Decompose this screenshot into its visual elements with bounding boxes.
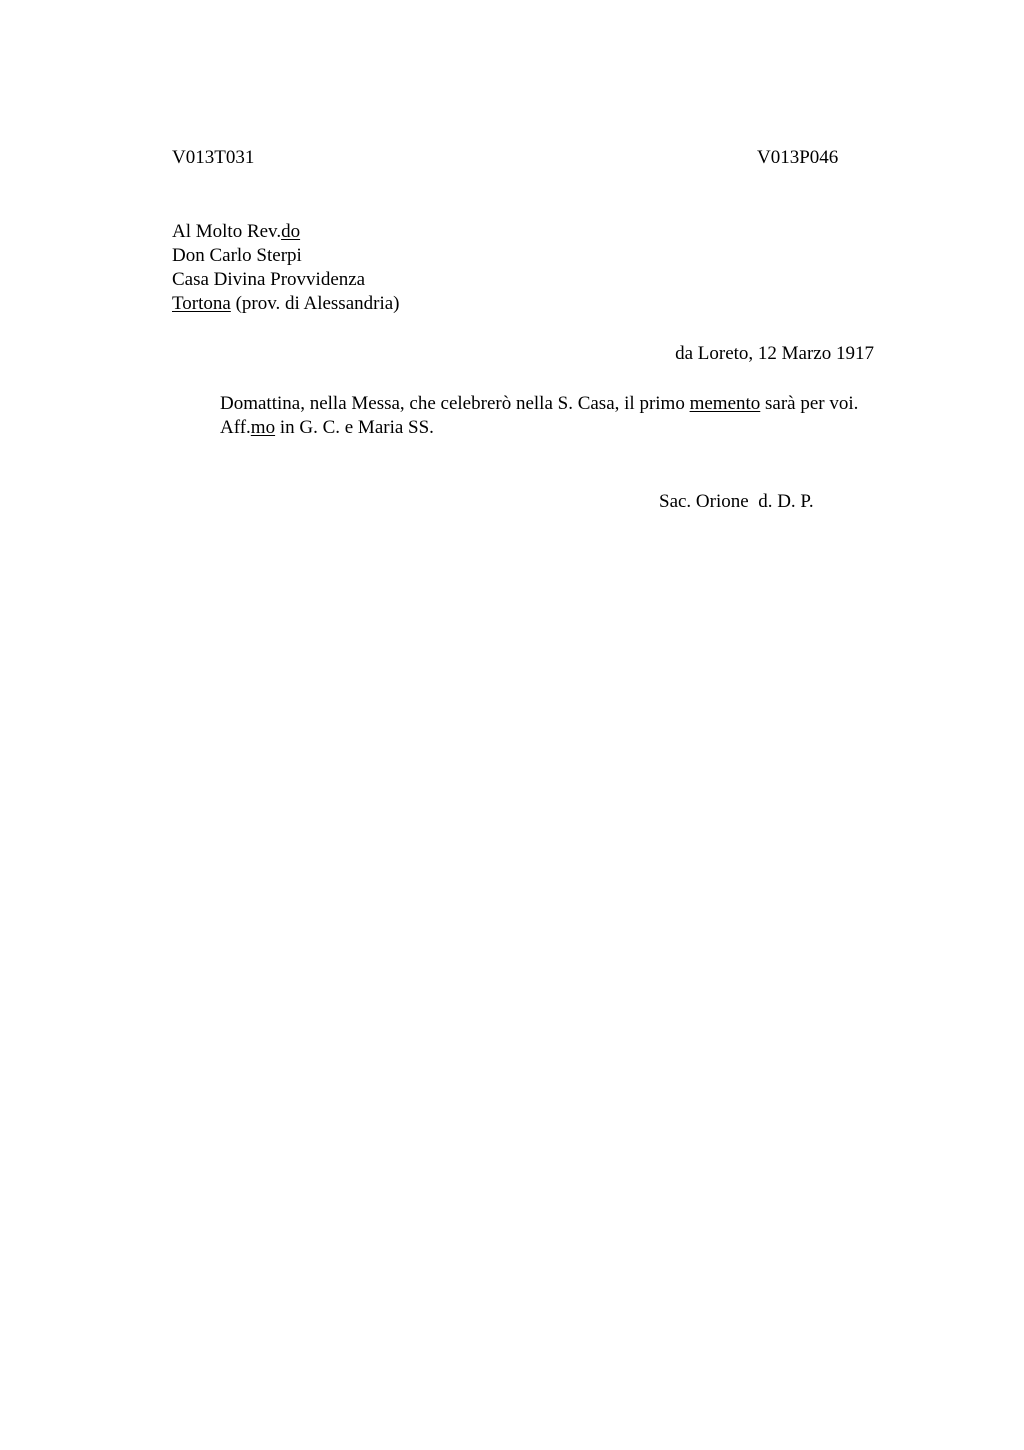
- document-code-left: V013T031: [172, 146, 254, 170]
- closing-text: in G. C. e Maria SS.: [275, 417, 434, 438]
- recipient-address: Al Molto Rev.do Don Carlo Sterpi Casa Di…: [172, 220, 400, 316]
- body-text: Domattina, nella Messa, che celebrerò ne…: [220, 393, 690, 414]
- address-line-2: Don Carlo Sterpi: [172, 244, 400, 268]
- signature: Sac. Orione d. D. P.: [659, 490, 814, 514]
- address-line-3: Casa Divina Provvidenza: [172, 268, 400, 292]
- body-paragraph-1: Domattina, nella Messa, che celebrerò ne…: [172, 392, 877, 416]
- closing-text: Aff.: [220, 417, 251, 438]
- address-title: Al Molto Rev.: [172, 221, 281, 242]
- address-province: (prov. di Alessandria): [231, 293, 400, 314]
- letter-body: Domattina, nella Messa, che celebrerò ne…: [172, 392, 877, 440]
- document-code-right: V013P046: [757, 146, 838, 170]
- date-line: da Loreto, 12 Marzo 1917: [675, 342, 874, 366]
- closing-abbrev: mo: [251, 417, 275, 438]
- address-line-1: Al Molto Rev.do: [172, 220, 400, 244]
- address-title-suffix: do: [281, 221, 300, 242]
- body-text: sarà per voi.: [760, 393, 858, 414]
- body-paragraph-2: Aff.mo in G. C. e Maria SS.: [172, 416, 877, 440]
- address-city: Tortona: [172, 293, 231, 314]
- underlined-word: memento: [690, 393, 761, 414]
- address-line-4: Tortona (prov. di Alessandria): [172, 292, 400, 316]
